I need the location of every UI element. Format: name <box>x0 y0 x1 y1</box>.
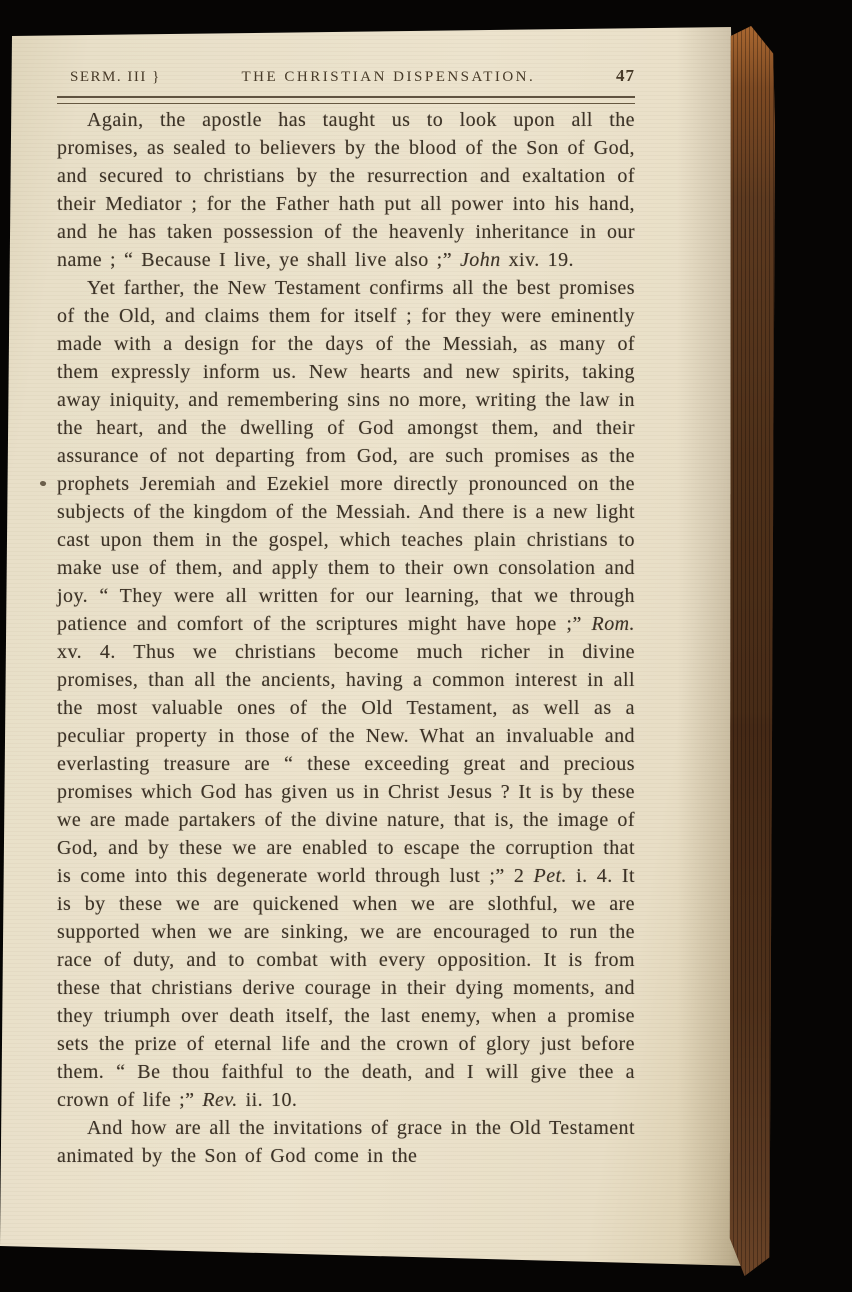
text-segment: i. 4. It is by these we are quickened wh… <box>57 865 635 1111</box>
body-text: Again, the apostle has taught us to look… <box>57 106 635 1170</box>
text-segment: Again, the apostle has taught us to look… <box>57 109 635 271</box>
scripture-reference: John <box>460 249 501 271</box>
running-head-title: THE CHRISTIAN DISPENSATION. <box>242 69 536 86</box>
book-page: SERM. III } THE CHRISTIAN DISPENSATION. … <box>0 0 752 1292</box>
paragraph: And how are all the invitations of grace… <box>57 1114 635 1170</box>
header-rule <box>57 96 635 104</box>
scripture-reference: Rom. <box>592 613 635 635</box>
text-segment: ii. 10. <box>238 1089 298 1111</box>
page-number: 47 <box>616 66 635 86</box>
scripture-reference: Pet. <box>534 865 567 887</box>
text-segment: xv. 4. Thus we christians become much ri… <box>57 641 635 887</box>
paragraph: Yet farther, the New Testament confirms … <box>57 274 635 1114</box>
paragraph: Again, the apostle has taught us to look… <box>57 106 635 274</box>
book-scan: SERM. III } THE CHRISTIAN DISPENSATION. … <box>0 0 852 1292</box>
text-segment: xiv. 19. <box>501 249 574 271</box>
text-segment: Yet farther, the New Testament confirms … <box>57 277 635 635</box>
scripture-reference: Rev. <box>202 1089 237 1111</box>
ink-spot <box>39 480 47 487</box>
book-page-edges <box>729 26 775 1276</box>
running-head: SERM. III } THE CHRISTIAN DISPENSATION. … <box>70 66 635 86</box>
text-segment: And how are all the invitations of grace… <box>57 1117 635 1167</box>
running-head-sermon-number: SERM. III } <box>70 69 161 86</box>
